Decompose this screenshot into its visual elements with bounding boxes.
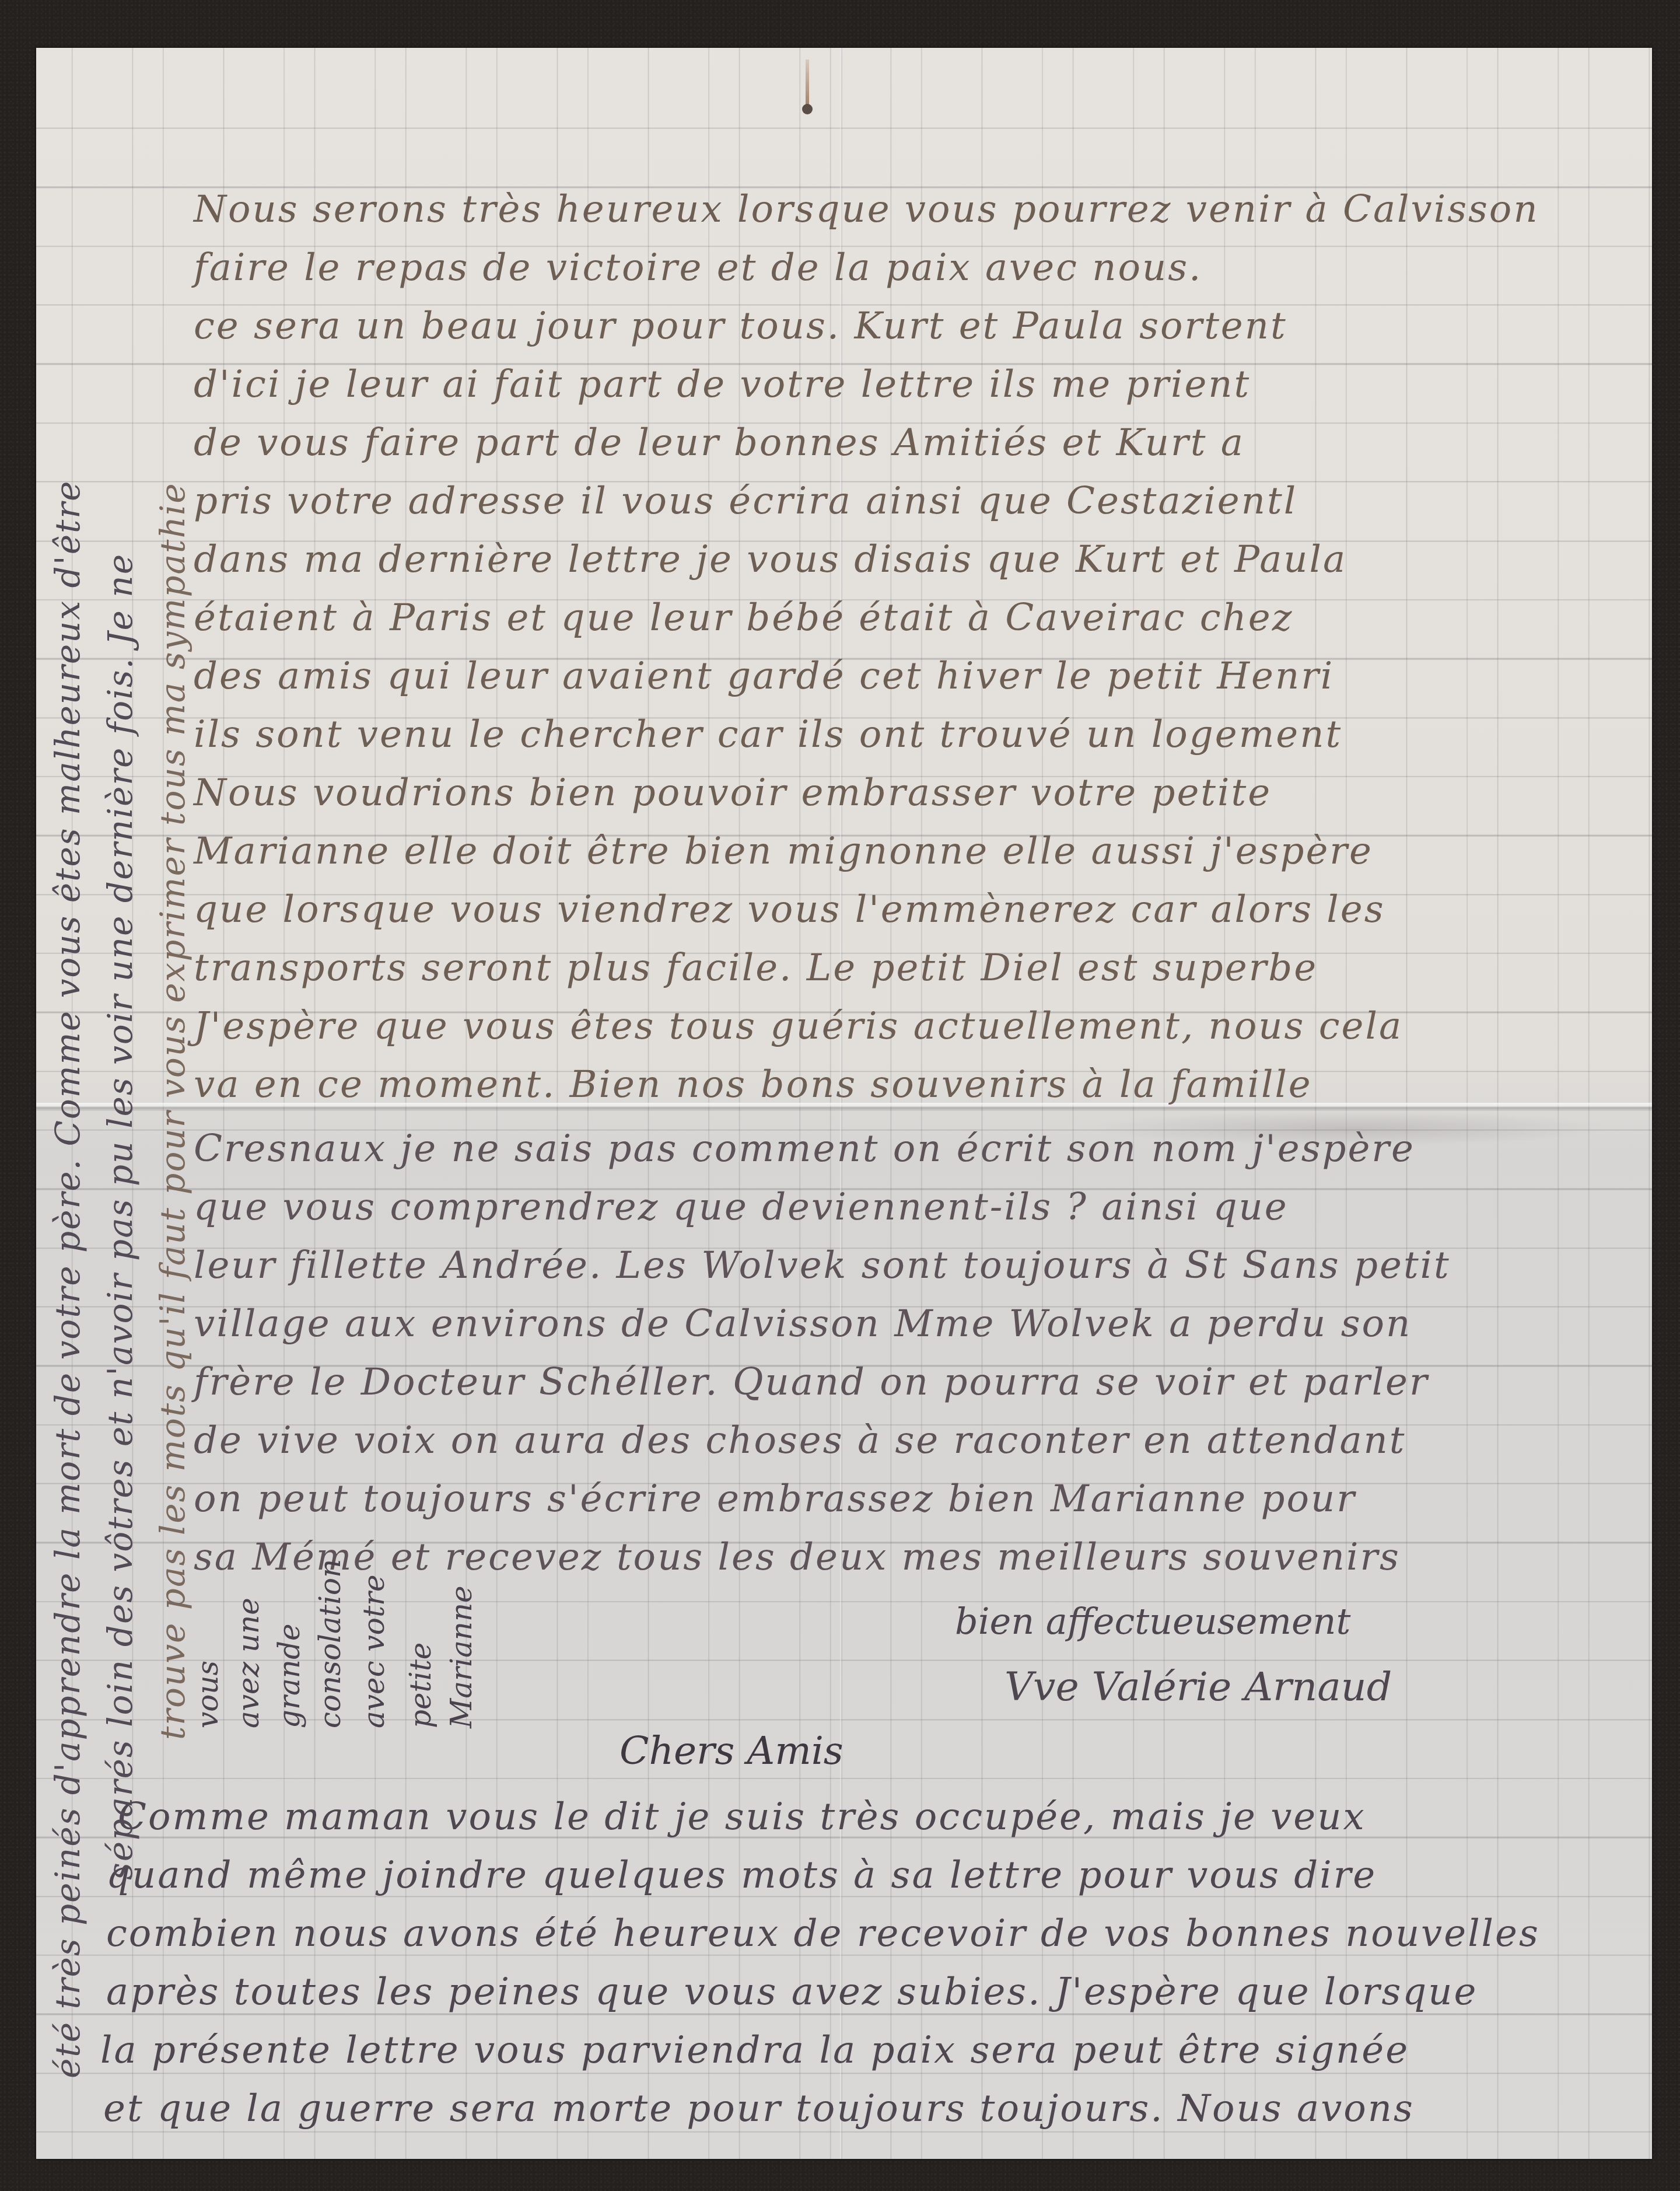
- letter-line: que lorsque vous viendrez vous l'emmèner…: [194, 888, 1385, 931]
- letter-line: Marianne elle doit être bien mignonne el…: [194, 830, 1373, 873]
- letter-line: faire le repas de victoire et de la paix…: [194, 246, 1202, 289]
- margin-text-column: séparés loin des vôtres et n'avoir pas p…: [100, 553, 140, 1880]
- letter-line: va en ce moment. Bien nos bons souvenirs…: [194, 1063, 1312, 1106]
- side-note-word: avec votre: [357, 1575, 391, 1728]
- letter-line: village aux environs de Calvisson Mme Wo…: [194, 1302, 1412, 1346]
- ink-blot: [802, 104, 813, 114]
- letter-line: leur fillette Andrée. Les Wolvek sont to…: [194, 1244, 1451, 1287]
- letter-line: d'ici je leur ai fait part de votre lett…: [194, 363, 1251, 406]
- signature: Vve Valérie Arnaud: [1005, 1664, 1392, 1710]
- letter-line: des amis qui leur avaient gardé cet hive…: [194, 655, 1334, 698]
- postscript-line: Comme maman vous le dit je suis très occ…: [118, 1795, 1366, 1839]
- side-note-word: grande: [272, 1623, 306, 1728]
- letter-page: Nous serons très heureux lorsque vous po…: [36, 48, 1652, 2159]
- letter-line: étaient à Paris et que leur bébé était à…: [194, 596, 1293, 640]
- postscript-line: et que la guerre sera morte pour toujour…: [103, 2087, 1415, 2130]
- postscript-line: après toutes les peines que vous avez su…: [106, 1970, 1478, 2014]
- margin-text-column: été très peinés d'apprendre la mort de v…: [48, 480, 87, 2078]
- letter-line: sa Mémé et recevez tous les deux mes mei…: [194, 1536, 1401, 1579]
- letter-line: on peut toujours s'écrire embrassez bien…: [194, 1477, 1356, 1521]
- letter-line: frère le Docteur Schéller. Quand on pour…: [194, 1361, 1429, 1404]
- letter-line: Cresnaux je ne sais pas comment on écrit…: [194, 1127, 1415, 1170]
- postscript-greeting: Chers Amis: [619, 1728, 843, 1773]
- letter-line: Nous voudrions bien pouvoir embrasser vo…: [194, 771, 1272, 815]
- postscript-line: combien nous avons été heureux de recevo…: [106, 1912, 1540, 1955]
- postscript-line: la présente lettre vous parviendra la pa…: [100, 2029, 1409, 2072]
- letter-line: ce sera un beau jour pour tous. Kurt et …: [194, 305, 1287, 348]
- ink-stain-trail: [806, 60, 809, 105]
- letter-line: que vous comprendrez que deviennent-ils …: [194, 1186, 1289, 1229]
- letter-line: J'espère que vous êtes tous guéris actue…: [194, 1005, 1403, 1048]
- letter-line: pris votre adresse il vous écrira ainsi …: [194, 480, 1297, 523]
- letter-line: de vive voix on aura des choses à se rac…: [194, 1419, 1406, 1462]
- postscript-line: quand même joindre quelques mots à sa le…: [106, 1854, 1377, 1897]
- letter-line: de vous faire part de leur bonnes Amitié…: [194, 421, 1245, 464]
- side-note-word: petite: [404, 1643, 437, 1728]
- side-note-word: avez une: [232, 1598, 265, 1728]
- letter-line: ils sont venu le chercher car ils ont tr…: [194, 713, 1342, 756]
- closing-phrase: bien affectueusement: [955, 1600, 1350, 1643]
- letter-line: Nous serons très heureux lorsque vous po…: [194, 188, 1539, 231]
- margin-text-column: trouve pas les mots qu'il faut pour vous…: [153, 482, 192, 1740]
- letter-line: dans ma dernière lettre je vous disais q…: [194, 538, 1347, 581]
- side-note-word: vous: [191, 1661, 225, 1728]
- letter-line: transports seront plus facile. Le petit …: [194, 946, 1318, 990]
- side-note-word: consolation: [313, 1559, 347, 1728]
- side-note-word: Marianne: [444, 1585, 478, 1728]
